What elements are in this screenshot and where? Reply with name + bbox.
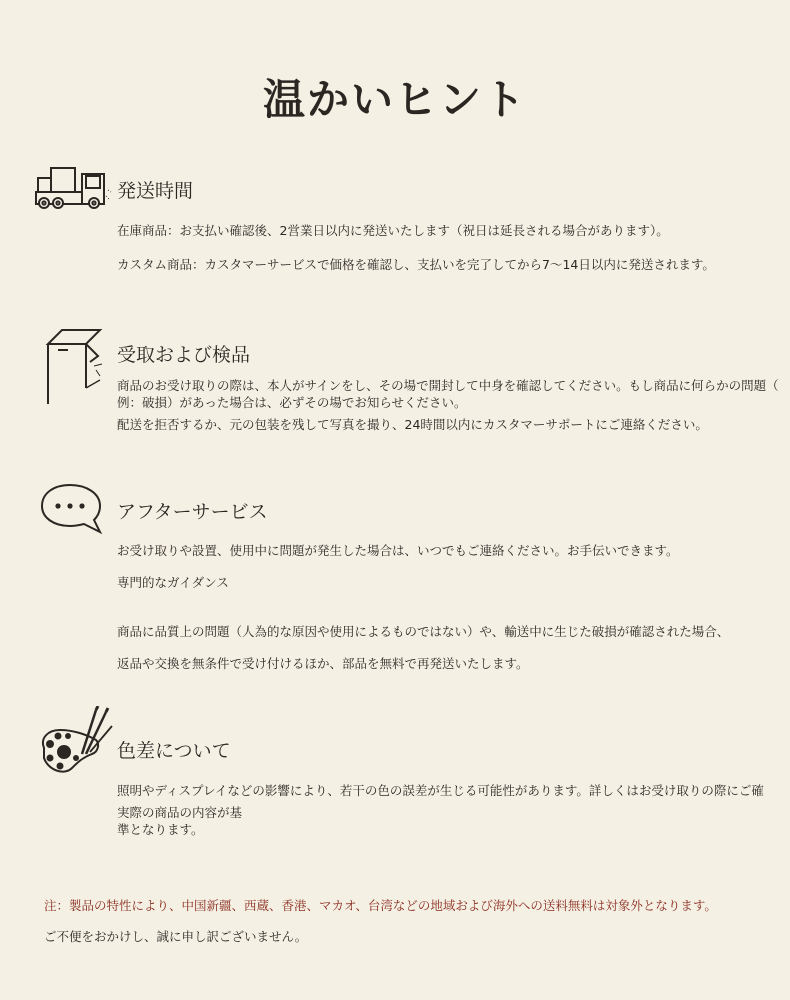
- paragraph: 在庫商品：お支払い確認後、2営業日以内に発送いたします（祝日は延長される場合があ…: [117, 222, 669, 239]
- paragraph: お受け取りや設置、使用中に問題が発生した場合は、いつでもご連絡ください。お手伝い…: [117, 542, 679, 559]
- box-icon: [40, 326, 104, 406]
- paragraph: 商品に品質上の問題（人為的な原因や使用によるものではない）や、輸送中に生じた破損…: [117, 623, 729, 640]
- paragraph: 配送を拒否するか、元の包装を残して写真を撮り、24時間以内にカスタマーサポートに…: [117, 416, 708, 433]
- palette-icon: [38, 706, 118, 778]
- paragraph: 例：破損）があった場合は、必ずその場でお知らせください。: [117, 394, 467, 411]
- shipping-exclusion-note: 注：製品の特性により、中国新疆、西蔵、香港、マカオ、台湾などの地域および海外への…: [44, 896, 717, 914]
- section-heading: 色差について: [117, 738, 231, 764]
- apology-text: ご不便をおかけし、誠に申し訳ございません。: [44, 927, 307, 945]
- paragraph: カスタム商品：カスタマーサービスで価格を確認し、支払いを完了してから7〜14日以…: [117, 256, 715, 273]
- paragraph: 返品や交換を無条件で受け付けるほか、部品を無料で再発送いたします。: [117, 655, 529, 672]
- section-heading: 受取および検品: [117, 342, 250, 368]
- truck-icon: [34, 166, 114, 210]
- paragraph: 照明やディスプレイなどの影響により、若干の色の誤差が生じる可能性があります。詳し…: [117, 782, 764, 799]
- paragraph: 専門的なガイダンス: [117, 574, 229, 591]
- speech-bubble-icon: [40, 482, 104, 536]
- paragraph: 実際の商品の内容が基: [117, 804, 242, 821]
- section-heading: アフターサービス: [117, 499, 268, 525]
- paragraph: 商品のお受け取りの際は、本人がサインをし、その場で開封して中身を確認してください…: [117, 377, 779, 394]
- page-title: 温かいヒント: [0, 70, 790, 130]
- section-heading: 発送時間: [117, 178, 193, 204]
- paragraph: 準となります。: [117, 821, 204, 838]
